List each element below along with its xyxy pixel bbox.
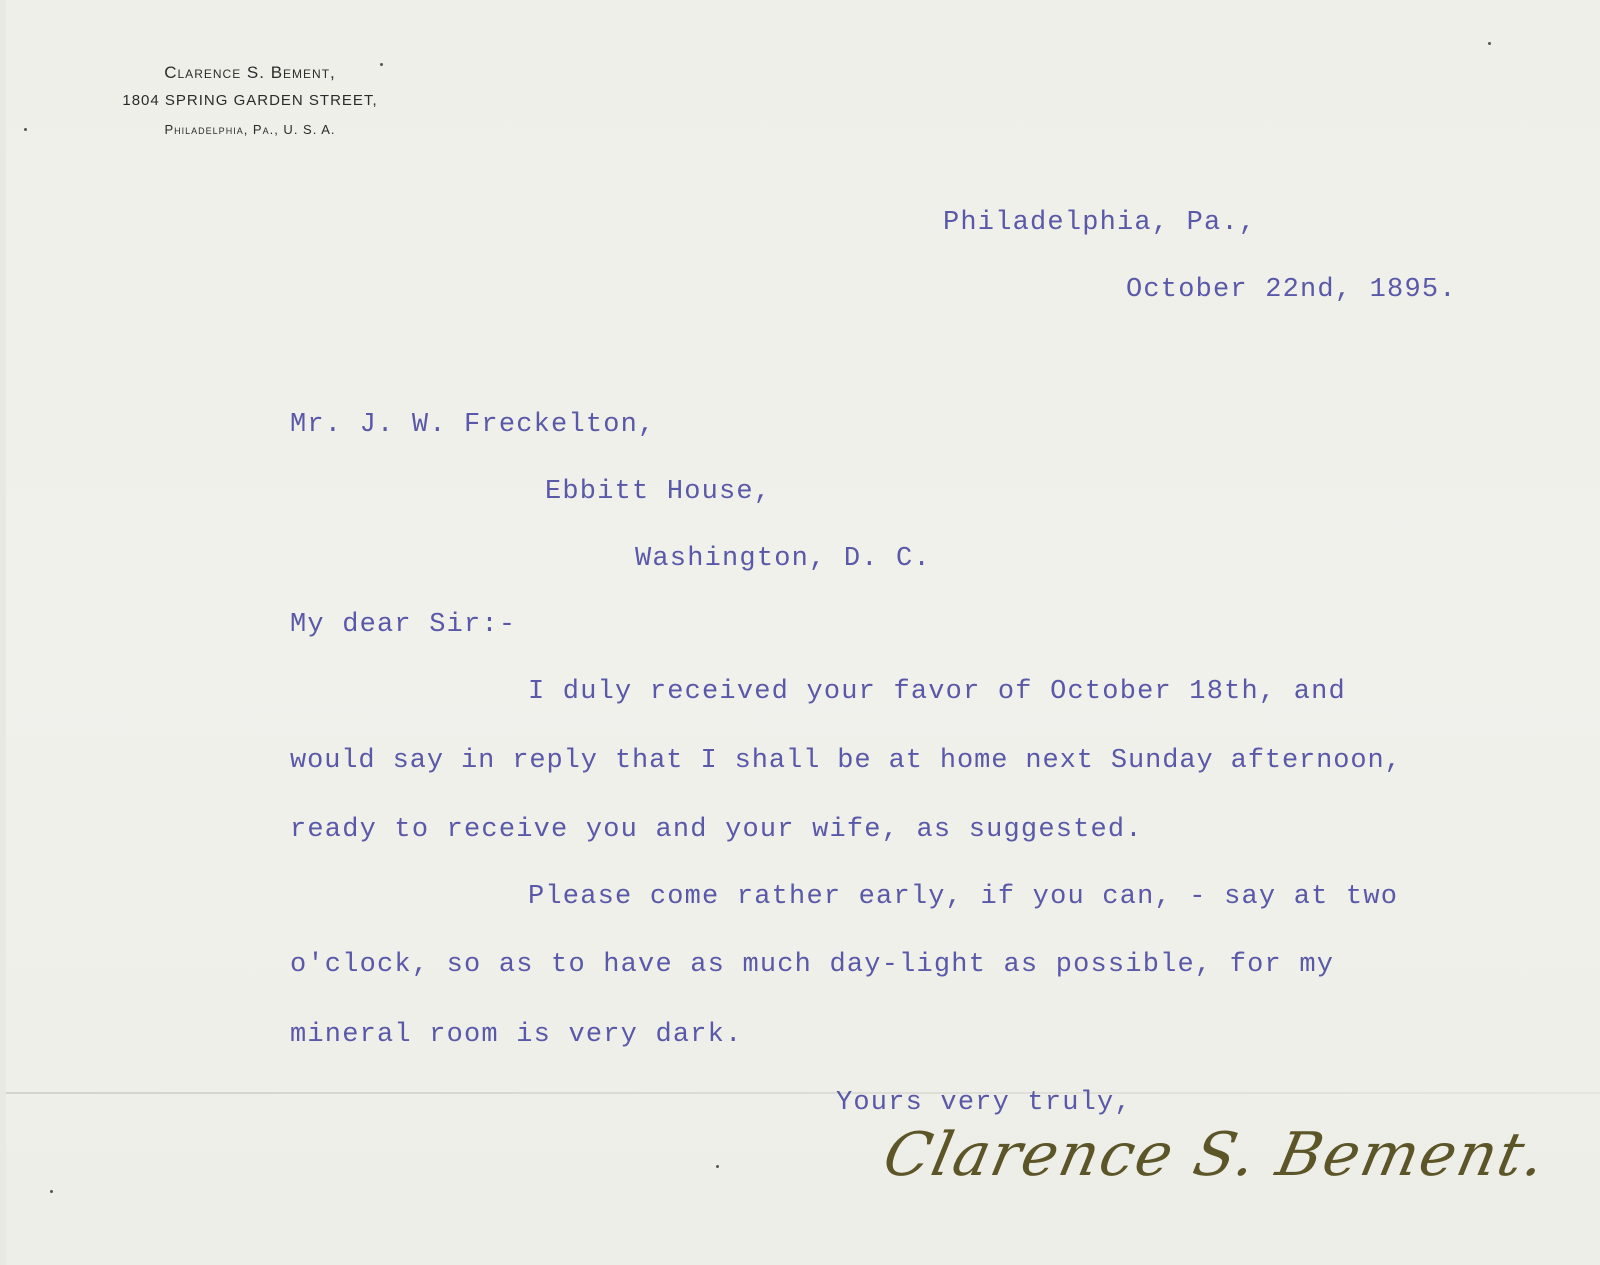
recipient-address-line2: Washington, D. C. — [635, 544, 931, 574]
body-line: would say in reply that I shall be at ho… — [290, 746, 1402, 776]
letterhead-name: Clarence S. Bement, — [100, 58, 400, 88]
body-line: o'clock, so as to have as much day-light… — [290, 950, 1334, 980]
recipient-address-line1: Ebbitt House, — [545, 477, 771, 507]
letter-paper — [6, 0, 1600, 1265]
closing: Yours very truly, — [836, 1088, 1132, 1118]
salutation: My dear Sir:- — [290, 610, 516, 640]
body-line: Please come rather early, if you can, - … — [528, 882, 1398, 912]
dateline-place: Philadelphia, Pa., — [943, 208, 1256, 238]
dateline-date: October 22nd, 1895. — [1126, 275, 1457, 305]
handwritten-signature: Clarence S. Bement. — [878, 1120, 1554, 1190]
paper-speck — [50, 1190, 53, 1193]
recipient-name: Mr. J. W. Freckelton, — [290, 410, 655, 440]
body-line: I duly received your favor of October 18… — [528, 677, 1346, 707]
letterhead: Clarence S. Bement, 1804 SPRING GARDEN S… — [100, 58, 400, 146]
letterhead-street: 1804 SPRING GARDEN STREET, — [100, 88, 400, 114]
paper-speck — [716, 1165, 719, 1168]
paper-speck — [1488, 42, 1491, 45]
paper-fold-line — [6, 1092, 1600, 1094]
body-line: ready to receive you and your wife, as s… — [290, 815, 1143, 845]
body-line: mineral room is very dark. — [290, 1020, 742, 1050]
letterhead-city: Philadelphia, Pa., U. S. A. — [100, 114, 400, 146]
paper-speck — [24, 128, 27, 131]
paper-speck — [380, 63, 383, 66]
